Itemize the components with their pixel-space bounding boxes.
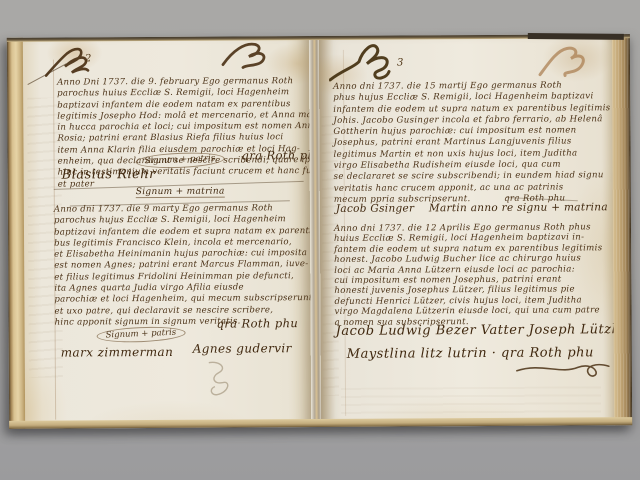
signature-row-jacob-gsinger: Jacob Gsinger Martin anno re signu + mat… bbox=[336, 201, 608, 215]
baptism-entry-apr-12-1737: Anno dni 1737. die 12 Aprilis Ego german… bbox=[334, 222, 603, 328]
manuscript-line: legitimus Martin et non uxis hujus loci,… bbox=[334, 148, 611, 161]
ink-flourish-icon bbox=[221, 40, 267, 74]
baptism-entry-mar-9-1737: Anno dni 1737. die 9 marty Ego germanus … bbox=[54, 203, 311, 329]
signum-matrina-mark: Signum + matrina bbox=[136, 187, 225, 199]
manuscript-line: se declararet se scire subscribendi; in … bbox=[334, 171, 611, 184]
scan-background: { "document": { "kind": "handwritten par… bbox=[0, 0, 640, 480]
book-right-page-edges bbox=[612, 34, 632, 425]
right-page: 3 Anno dni 1737. die 15 martij Ego germa… bbox=[319, 34, 615, 427]
baptism-entry-mar-15-1737: Anno dni 1737. die 15 martij Ego germanu… bbox=[333, 80, 611, 206]
manuscript-line: et filius legitimus Fridolini Heinimman … bbox=[54, 271, 311, 284]
book-top-corner-shadow bbox=[528, 33, 624, 40]
pencil-doodle bbox=[201, 358, 241, 406]
book-left-page-edges bbox=[7, 38, 25, 429]
left-page: 2 Anno Dni 1737. die 9. february Ego ger… bbox=[23, 36, 311, 429]
signature-marx-zimmerman: marx zimmerman bbox=[61, 345, 174, 360]
manuscript-line: parochus huius Eccliæ S. Remigii, loci H… bbox=[57, 87, 311, 100]
signature-blasius-riehr: Blasius Riehr bbox=[62, 167, 156, 183]
signature-jacob-ludwig-joseph: Jacob Ludwig Bezer Vatter Joseph Lützbet bbox=[336, 322, 616, 339]
page-number: 3 bbox=[397, 57, 403, 68]
priest-countersign: qra Roth phu bbox=[217, 316, 299, 330]
manuscript-line: virgo Magdalena Lützerin eiusde loci, qu… bbox=[334, 306, 602, 318]
signature-agnes: Agnes gudervir bbox=[193, 341, 292, 356]
page-number: 2 bbox=[85, 53, 91, 64]
priest-countersign: qra Roth phu bbox=[241, 148, 311, 162]
faded-ink-flourish-icon bbox=[537, 42, 587, 82]
signature-underline-flourish bbox=[516, 358, 611, 385]
book-spread: 2 Anno Dni 1737. die 9. february Ego ger… bbox=[7, 34, 632, 429]
